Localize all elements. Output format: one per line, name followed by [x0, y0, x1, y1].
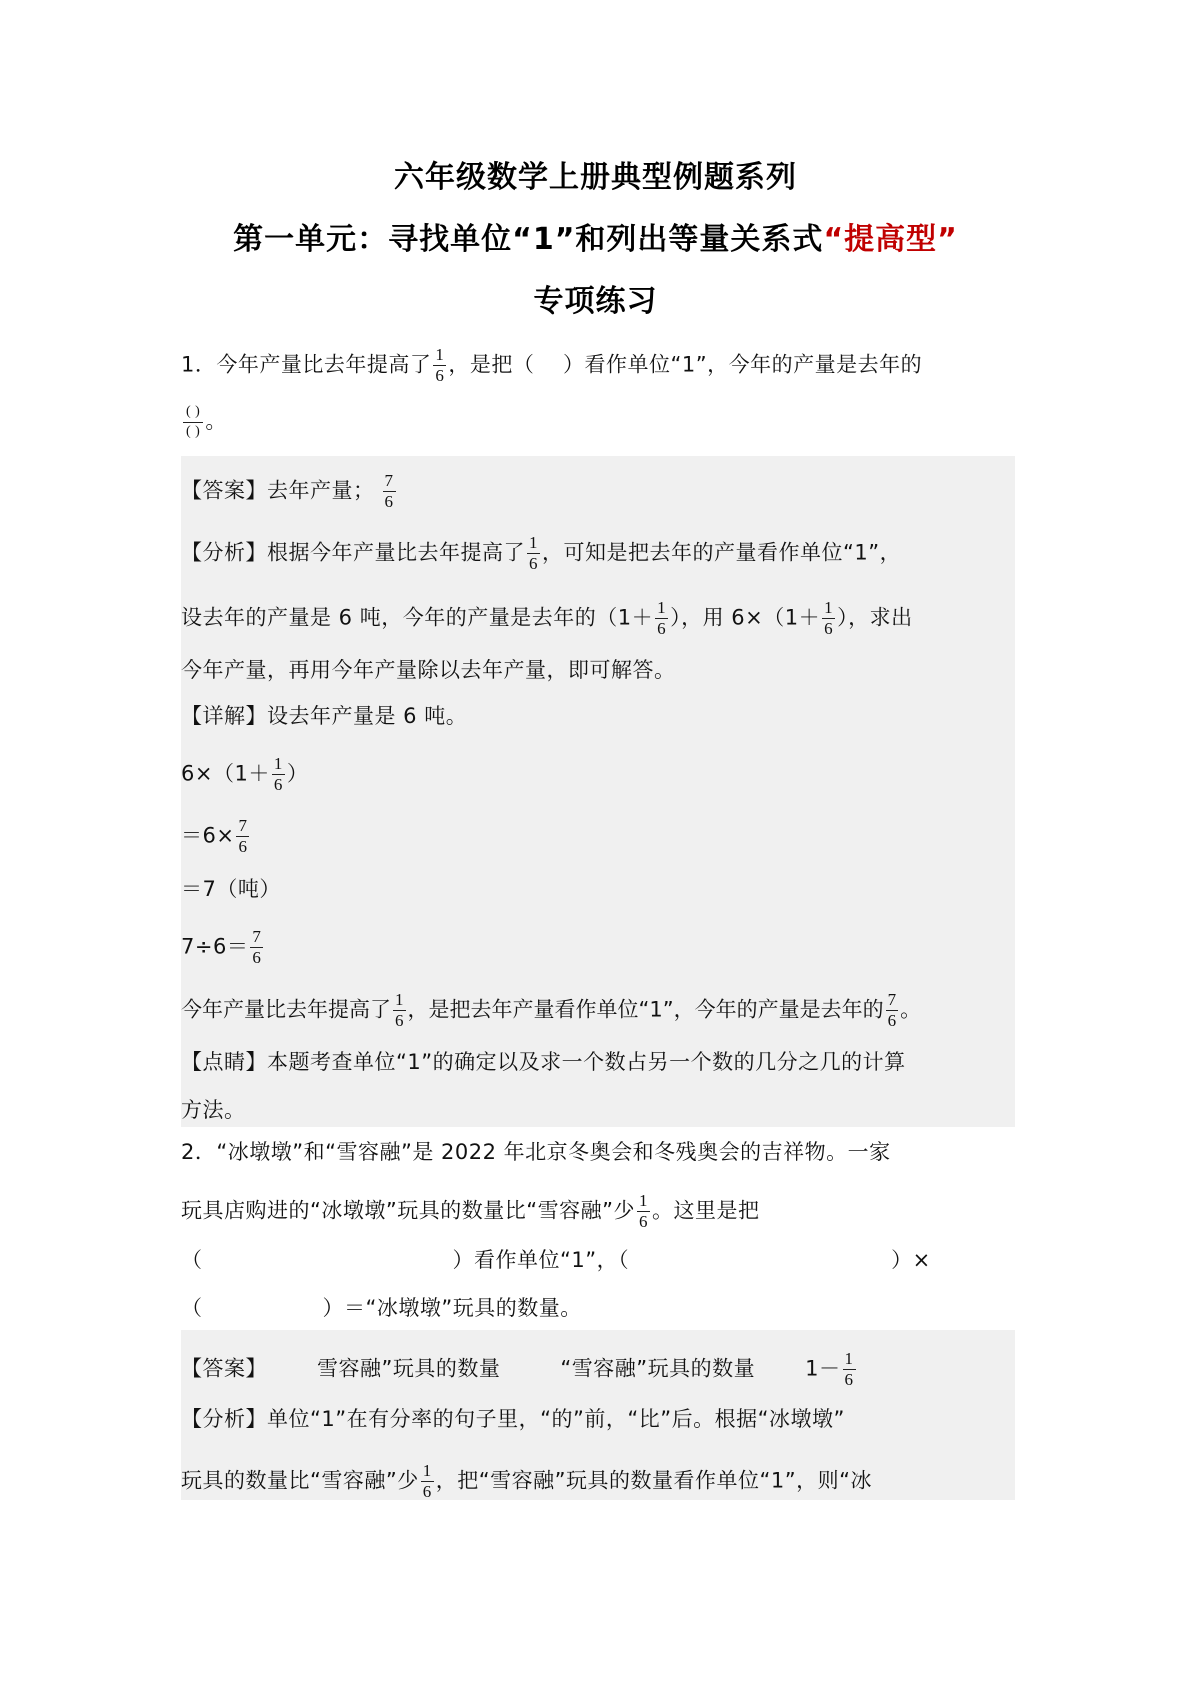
- fraction: 16: [433, 346, 446, 385]
- q1-calc-step3: ＝7（吨）: [181, 874, 1015, 904]
- analysis-text: ，可知是把去年的产量看作单位“1”，: [542, 541, 901, 565]
- analysis-label: 【分析】: [181, 1407, 267, 1431]
- calc-text: 6×（1＋: [181, 762, 270, 786]
- q1-calc-step4: 7÷6＝76: [181, 928, 1015, 967]
- q2-analysis-line2: 玩具的数量比“雪容融”少16，把“雪容融”玩具的数量看作单位“1”，则“冰: [181, 1462, 1015, 1501]
- analysis-text: 今年产量，再用今年产量除以去年产量，即可解答。: [181, 658, 676, 682]
- fraction: 16: [822, 599, 835, 638]
- q2-text: （: [181, 1296, 203, 1320]
- answer-text: “雪容融”玩具的数量: [560, 1357, 755, 1381]
- detail-label: 【详解】: [181, 704, 267, 728]
- fraction: 16: [393, 991, 406, 1030]
- answer-blank-fraction[interactable]: ( )( ): [183, 404, 203, 440]
- q2-answer: 【答案】雪容融”玩具的数量“雪容融”玩具的数量1－16: [181, 1350, 1015, 1389]
- fraction: 76: [383, 472, 396, 511]
- fraction: 16: [655, 599, 668, 638]
- comment-text: 本题考查单位“1”的确定以及求一个数占另一个数的几分之几的计算: [267, 1050, 906, 1074]
- fraction: 16: [272, 755, 285, 794]
- q1-conclusion: 今年产量比去年提高了16，是把去年产量看作单位“1”，今年的产量是去年的76。: [181, 991, 1015, 1030]
- q1-analysis-line2: 设去年的产量是 6 吨，今年的产量是去年的（1＋16），用 6×（1＋16），求…: [181, 599, 1015, 638]
- conclusion-text: 今年产量比去年提高了: [181, 998, 391, 1022]
- q2-text: （: [181, 1248, 203, 1272]
- section-title-text: 专项练习: [534, 284, 658, 319]
- q1-comment-line2: 方法。: [181, 1095, 1015, 1125]
- answer-text: 1－: [805, 1357, 840, 1381]
- q2-stem-line2: 玩具店购进的“冰墩墩”玩具的数量比“雪容融”少16。这里是把: [181, 1192, 1015, 1231]
- q2-text: 2．“冰墩墩”和“雪容融”是 2022 年北京冬奥会和冬残奥会的吉祥物。一家: [181, 1140, 891, 1164]
- comment-label: 【点睛】: [181, 1050, 267, 1074]
- q1-calc-step1: 6×（1＋16）: [181, 755, 1015, 794]
- analysis-text: ，把“雪容融”玩具的数量看作单位“1”，则“冰: [436, 1469, 872, 1493]
- answer-label: 【答案】: [181, 479, 267, 503]
- title-line1: 六年级数学上册典型例题系列: [394, 160, 797, 195]
- q2-text: 玩具店购进的“冰墩墩”玩具的数量比“雪容融”少: [181, 1199, 635, 1223]
- analysis-text: ），用 6×（1＋: [670, 606, 820, 630]
- calc-text: 7÷6＝: [181, 935, 248, 959]
- fraction: 16: [637, 1192, 650, 1231]
- analysis-text: 根据今年产量比去年提高了: [267, 541, 525, 565]
- unit-title-highlight: “提高型”: [823, 222, 957, 257]
- conclusion-text: ，是把去年产量看作单位“1”，今年的产量是去年的: [408, 998, 884, 1022]
- unit-title-text: 第一单元：寻找单位“1”和列出等量关系式: [233, 222, 823, 257]
- q1-analysis-line3: 今年产量，再用今年产量除以去年产量，即可解答。: [181, 655, 1015, 685]
- q2-text: ）×: [891, 1248, 931, 1272]
- q1-calc-step2: ＝6×76: [181, 817, 1015, 856]
- analysis-text: 设去年的产量是 6 吨，今年的产量是去年的（1＋: [181, 606, 653, 630]
- fraction: 16: [421, 1462, 434, 1501]
- unit-title: 第一单元：寻找单位“1”和列出等量关系式“提高型”: [0, 220, 1191, 260]
- fraction: 16: [843, 1350, 856, 1389]
- fraction: 76: [236, 817, 249, 856]
- q2-stem-line1: 2．“冰墩墩”和“雪容融”是 2022 年北京冬奥会和冬残奥会的吉祥物。一家: [181, 1137, 1015, 1167]
- section-title: 专项练习: [0, 282, 1191, 322]
- q1-text: 1．今年产量比去年提高了: [181, 353, 431, 377]
- q1-text: ，是把（ ）看作单位“1”，今年的产量是去年的: [448, 353, 922, 377]
- fraction: 76: [250, 928, 263, 967]
- answer-text: 去年产量；: [267, 479, 375, 503]
- document-title: 六年级数学上册典型例题系列: [0, 158, 1191, 198]
- q1-stem-line2: ( )( )。: [181, 404, 1015, 440]
- fraction: 16: [527, 534, 540, 573]
- detail-text: 设去年产量是 6 吨。: [267, 704, 467, 728]
- q1-detail: 【详解】设去年产量是 6 吨。: [181, 701, 1015, 731]
- calc-text: ＝6×: [181, 824, 234, 848]
- q1-comment-line1: 【点睛】本题考查单位“1”的确定以及求一个数占另一个数的几分之几的计算: [181, 1047, 1015, 1077]
- q2-stem-line3: （）看作单位“1”，（）×: [181, 1245, 1015, 1275]
- q2-analysis-line1: 【分析】单位“1”在有分率的句子里，“的”前，“比”后。根据“冰墩墩”: [181, 1404, 1015, 1434]
- calc-text: ）: [287, 762, 309, 786]
- calc-text: ＝7（吨）: [181, 877, 281, 901]
- analysis-label: 【分析】: [181, 541, 267, 565]
- conclusion-text: 。: [900, 998, 921, 1022]
- q2-text: 。这里是把: [652, 1199, 760, 1223]
- answer-label: 【答案】: [181, 1357, 267, 1381]
- analysis-text: 玩具的数量比“雪容融”少: [181, 1469, 419, 1493]
- q1-stem-line1: 1．今年产量比去年提高了16，是把（ ）看作单位“1”，今年的产量是去年的: [181, 346, 1015, 385]
- answer-text: 雪容融”玩具的数量: [317, 1357, 500, 1381]
- q2-stem-line4: （）＝“冰墩墩”玩具的数量。: [181, 1293, 1015, 1323]
- q1-text: 。: [205, 409, 227, 433]
- analysis-text: ），求出: [837, 606, 913, 630]
- analysis-text: 单位“1”在有分率的句子里，“的”前，“比”后。根据“冰墩墩”: [267, 1407, 845, 1431]
- fraction: 76: [886, 991, 899, 1030]
- q2-text: ）＝“冰墩墩”玩具的数量。: [323, 1296, 582, 1320]
- q1-analysis-line1: 【分析】根据今年产量比去年提高了16，可知是把去年的产量看作单位“1”，: [181, 534, 1015, 573]
- q2-text: ）看作单位“1”，（: [453, 1248, 630, 1272]
- q1-answer: 【答案】去年产量；76: [181, 472, 1015, 511]
- comment-text: 方法。: [181, 1098, 246, 1122]
